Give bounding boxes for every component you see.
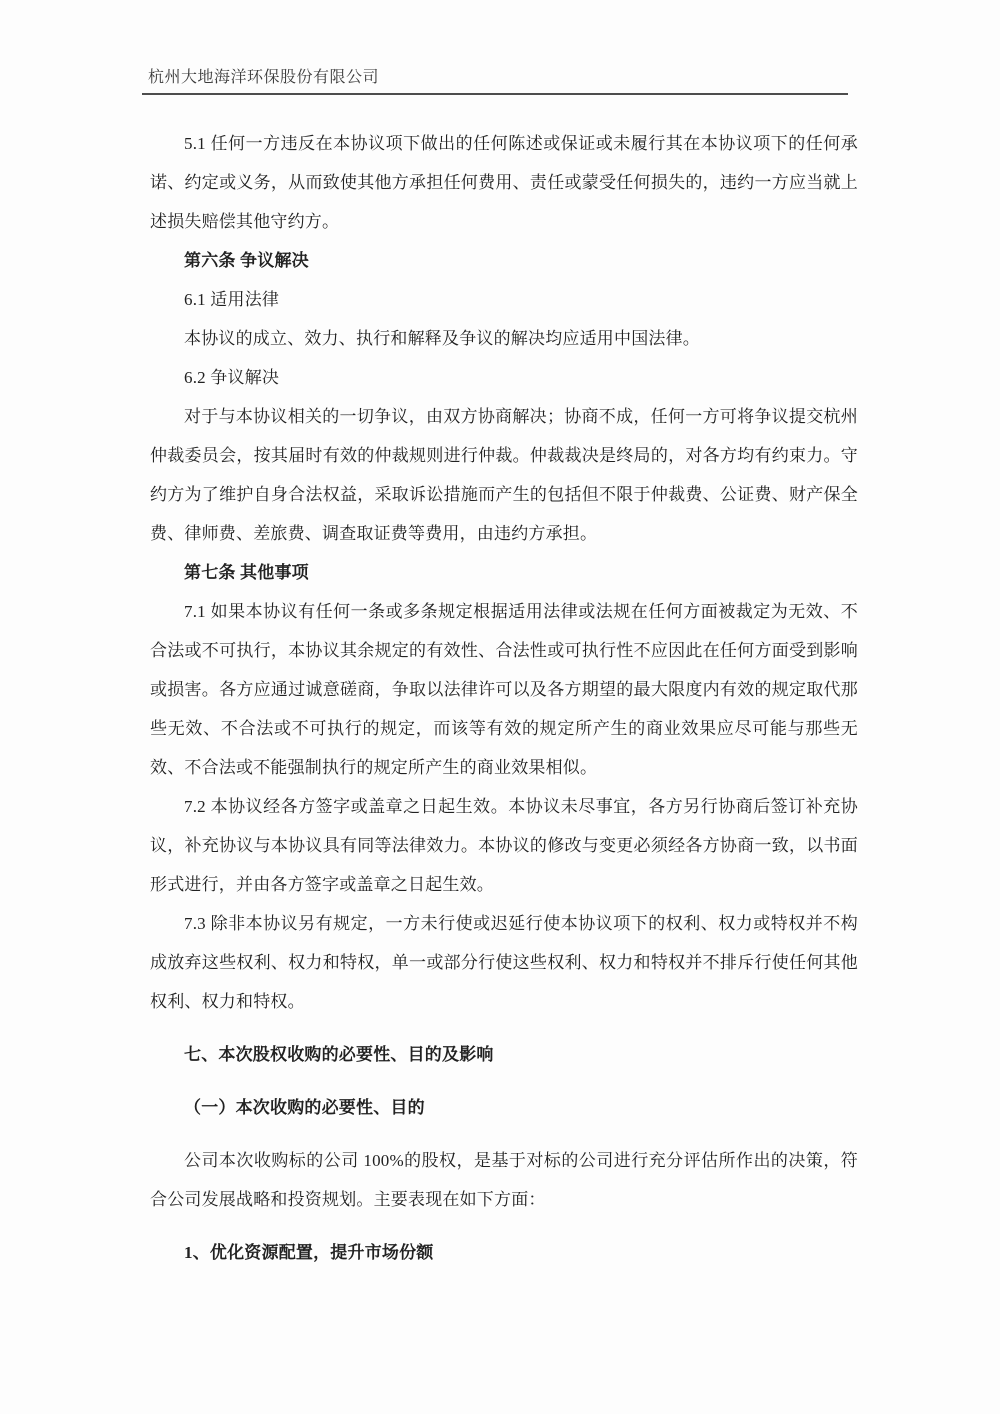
section-heading: （一）本次收购的必要性、目的 xyxy=(150,1088,858,1127)
section-heading: 第七条 其他事项 xyxy=(150,553,858,592)
paragraph: 5.1 任何一方违反在本协议项下做出的任何陈述或保证或未履行其在本协议项下的任何… xyxy=(150,124,858,241)
paragraph: 6.1 适用法律 xyxy=(150,280,858,319)
document-body: 5.1 任何一方违反在本协议项下做出的任何陈述或保证或未履行其在本协议项下的任何… xyxy=(150,124,858,1272)
paragraph: 7.2 本协议经各方签字或盖章之日起生效。本协议未尽事宜，各方另行协商后签订补充… xyxy=(150,787,858,904)
section-heading: 第六条 争议解决 xyxy=(150,241,858,280)
document-page: 杭州大地海洋环保股份有限公司 5.1 任何一方违反在本协议项下做出的任何陈述或保… xyxy=(0,0,1000,1414)
page-header: 杭州大地海洋环保股份有限公司 xyxy=(142,64,848,95)
paragraph: 7.3 除非本协议另有规定，一方未行使或迟延行使本协议项下的权利、权力或特权并不… xyxy=(150,904,858,1021)
paragraph: 6.2 争议解决 xyxy=(150,358,858,397)
paragraph: 公司本次收购标的公司 100%的股权，是基于对标的公司进行充分评估所作出的决策，… xyxy=(150,1141,858,1219)
paragraph: 7.1 如果本协议有任何一条或多条规定根据适用法律或法规在任何方面被裁定为无效、… xyxy=(150,592,858,787)
company-name-header: 杭州大地海洋环保股份有限公司 xyxy=(142,64,379,87)
paragraph: 本协议的成立、效力、执行和解释及争议的解决均应适用中国法律。 xyxy=(150,319,858,358)
paragraph: 对于与本协议相关的一切争议，由双方协商解决；协商不成，任何一方可将争议提交杭州仲… xyxy=(150,397,858,553)
section-heading: 七、本次股权收购的必要性、目的及影响 xyxy=(150,1035,858,1074)
section-heading: 1、优化资源配置，提升市场份额 xyxy=(150,1233,858,1272)
